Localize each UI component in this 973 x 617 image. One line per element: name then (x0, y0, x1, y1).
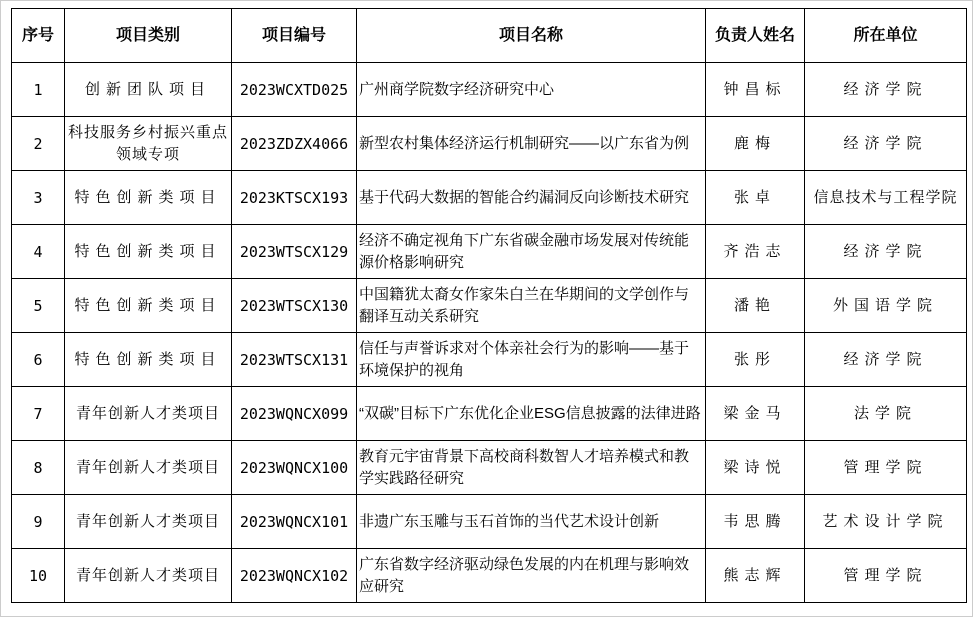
cell-code: 2023KTSCX193 (232, 171, 357, 225)
table-row: 2科技服务乡村振兴重点领域专项2023ZDZX4066新型农村集体经济运行机制研… (12, 117, 967, 171)
column-header-category: 项目类别 (65, 9, 232, 63)
cell-code: 2023WQNCX099 (232, 387, 357, 441)
column-header-leader: 负责人姓名 (706, 9, 805, 63)
cell-category: 特色创新类项目 (65, 225, 232, 279)
cell-name: 基于代码大数据的智能合约漏洞反向诊断技术研究 (357, 171, 706, 225)
cell-name: 信任与声誉诉求对个体亲社会行为的影响——基于环境保护的视角 (357, 333, 706, 387)
cell-leader: 潘艳 (706, 279, 805, 333)
cell-unit: 经济学院 (805, 225, 967, 279)
cell-unit: 外国语学院 (805, 279, 967, 333)
cell-unit: 经济学院 (805, 63, 967, 117)
cell-category: 青年创新人才类项目 (65, 441, 232, 495)
table-body: 1创新团队项目2023WCXTD025广州商学院数字经济研究中心钟昌标经济学院2… (12, 63, 967, 603)
table-row: 9青年创新人才类项目2023WQNCX101非遗广东玉雕与玉石首饰的当代艺术设计… (12, 495, 967, 549)
cell-code: 2023WTSCX131 (232, 333, 357, 387)
table-row: 3特色创新类项目2023KTSCX193基于代码大数据的智能合约漏洞反向诊断技术… (12, 171, 967, 225)
cell-code: 2023WTSCX130 (232, 279, 357, 333)
cell-unit: 信息技术与工程学院 (805, 171, 967, 225)
cell-leader: 张彤 (706, 333, 805, 387)
cell-unit: 艺术设计学院 (805, 495, 967, 549)
cell-name: 新型农村集体经济运行机制研究——以广东省为例 (357, 117, 706, 171)
cell-code: 2023WQNCX101 (232, 495, 357, 549)
cell-index: 3 (12, 171, 65, 225)
cell-category: 创新团队项目 (65, 63, 232, 117)
cell-category: 青年创新人才类项目 (65, 495, 232, 549)
column-header-code: 项目编号 (232, 9, 357, 63)
table-row: 1创新团队项目2023WCXTD025广州商学院数字经济研究中心钟昌标经济学院 (12, 63, 967, 117)
column-header-unit: 所在单位 (805, 9, 967, 63)
cell-name: 经济不确定视角下广东省碳金融市场发展对传统能源价格影响研究 (357, 225, 706, 279)
cell-unit: 经济学院 (805, 117, 967, 171)
cell-name: 广东省数字经济驱动绿色发展的内在机理与影响效应研究 (357, 549, 706, 603)
cell-index: 5 (12, 279, 65, 333)
cell-category: 特色创新类项目 (65, 171, 232, 225)
cell-name: 广州商学院数字经济研究中心 (357, 63, 706, 117)
cell-name: 非遗广东玉雕与玉石首饰的当代艺术设计创新 (357, 495, 706, 549)
table-row: 5特色创新类项目2023WTSCX130中国籍犹太裔女作家朱白兰在华期间的文学创… (12, 279, 967, 333)
cell-leader: 梁金马 (706, 387, 805, 441)
cell-index: 8 (12, 441, 65, 495)
cell-code: 2023WQNCX100 (232, 441, 357, 495)
cell-leader: 鹿梅 (706, 117, 805, 171)
project-table: 序号项目类别项目编号项目名称负责人姓名所在单位 1创新团队项目2023WCXTD… (11, 8, 967, 603)
cell-leader: 齐浩志 (706, 225, 805, 279)
cell-index: 2 (12, 117, 65, 171)
cell-code: 2023ZDZX4066 (232, 117, 357, 171)
cell-leader: 韦思腾 (706, 495, 805, 549)
cell-unit: 法学院 (805, 387, 967, 441)
column-header-name: 项目名称 (357, 9, 706, 63)
table-row: 8青年创新人才类项目2023WQNCX100教育元宇宙背景下高校商科数智人才培养… (12, 441, 967, 495)
cell-code: 2023WTSCX129 (232, 225, 357, 279)
cell-unit: 管理学院 (805, 441, 967, 495)
cell-category: 青年创新人才类项目 (65, 387, 232, 441)
cell-category: 青年创新人才类项目 (65, 549, 232, 603)
cell-index: 6 (12, 333, 65, 387)
cell-unit: 经济学院 (805, 333, 967, 387)
cell-category: 科技服务乡村振兴重点领域专项 (65, 117, 232, 171)
cell-unit: 管理学院 (805, 549, 967, 603)
cell-name: 中国籍犹太裔女作家朱白兰在华期间的文学创作与翻译互动关系研究 (357, 279, 706, 333)
cell-name: 教育元宇宙背景下高校商科数智人才培养模式和教学实践路径研究 (357, 441, 706, 495)
cell-leader: 钟昌标 (706, 63, 805, 117)
cell-code: 2023WQNCX102 (232, 549, 357, 603)
table-header: 序号项目类别项目编号项目名称负责人姓名所在单位 (12, 9, 967, 63)
cell-leader: 梁诗悦 (706, 441, 805, 495)
table-row: 4特色创新类项目2023WTSCX129经济不确定视角下广东省碳金融市场发展对传… (12, 225, 967, 279)
cell-index: 4 (12, 225, 65, 279)
cell-index: 9 (12, 495, 65, 549)
cell-category: 特色创新类项目 (65, 333, 232, 387)
table-row: 6特色创新类项目2023WTSCX131信任与声誉诉求对个体亲社会行为的影响——… (12, 333, 967, 387)
table-header-row: 序号项目类别项目编号项目名称负责人姓名所在单位 (12, 9, 967, 63)
cell-index: 7 (12, 387, 65, 441)
cell-category: 特色创新类项目 (65, 279, 232, 333)
column-header-index: 序号 (12, 9, 65, 63)
cell-index: 1 (12, 63, 65, 117)
table-row: 10青年创新人才类项目2023WQNCX102广东省数字经济驱动绿色发展的内在机… (12, 549, 967, 603)
table-row: 7青年创新人才类项目2023WQNCX099“双碳”目标下广东优化企业ESG信息… (12, 387, 967, 441)
cell-name: “双碳”目标下广东优化企业ESG信息披露的法律进路 (357, 387, 706, 441)
cell-leader: 张卓 (706, 171, 805, 225)
cell-code: 2023WCXTD025 (232, 63, 357, 117)
cell-index: 10 (12, 549, 65, 603)
project-list-page: 序号项目类别项目编号项目名称负责人姓名所在单位 1创新团队项目2023WCXTD… (0, 0, 973, 617)
cell-leader: 熊志辉 (706, 549, 805, 603)
